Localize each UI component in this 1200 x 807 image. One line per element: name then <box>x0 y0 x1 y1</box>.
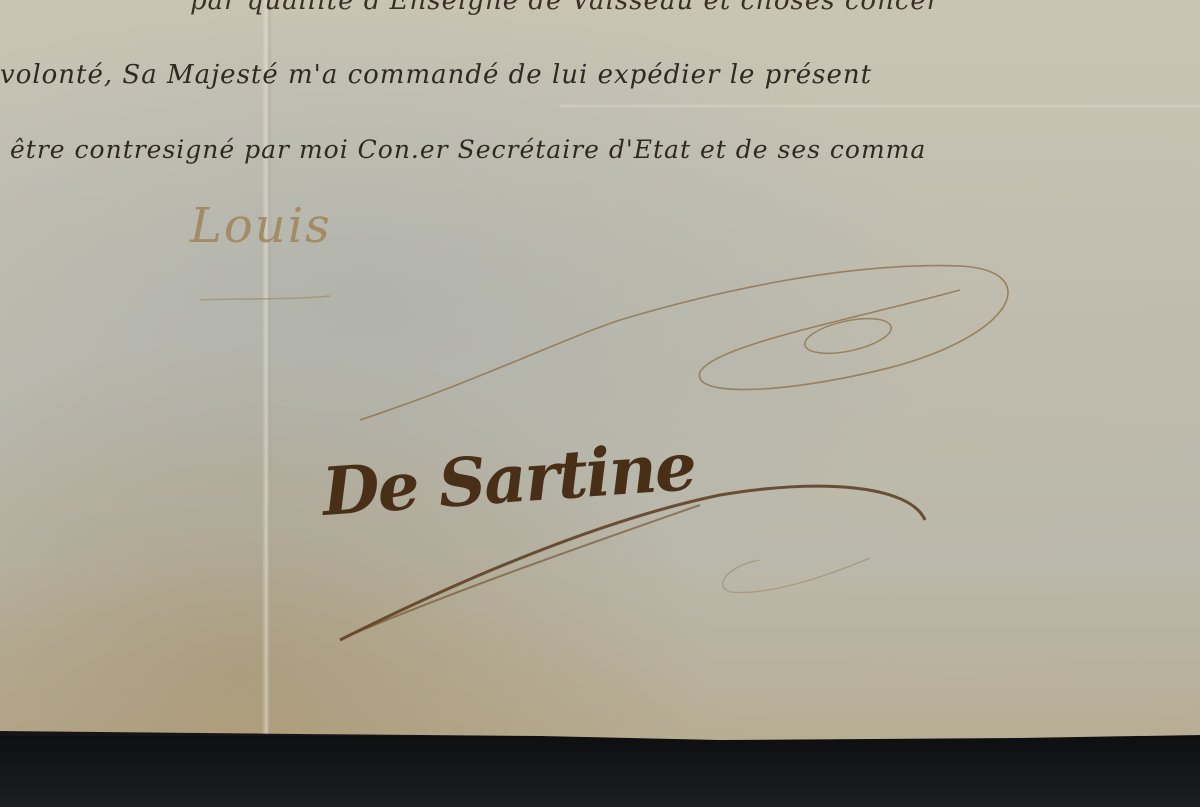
dark-background-band <box>0 736 1200 807</box>
horizontal-fold-crease <box>560 104 1200 108</box>
minister-signature: De Sartine <box>320 427 697 531</box>
text-line-3: être contresigné par moi Con.er Secrétai… <box>10 135 926 164</box>
text-line-1: par quallité d'Enseigne de Vaisseau et c… <box>190 0 940 16</box>
parchment-sheet: par quallité d'Enseigne de Vaisseau et c… <box>0 0 1200 745</box>
text-line-2: volonté, Sa Majesté m'a commandé de lui … <box>0 60 872 90</box>
royal-signature-louis: Louis <box>190 198 332 254</box>
vertical-fold-crease <box>262 0 272 740</box>
